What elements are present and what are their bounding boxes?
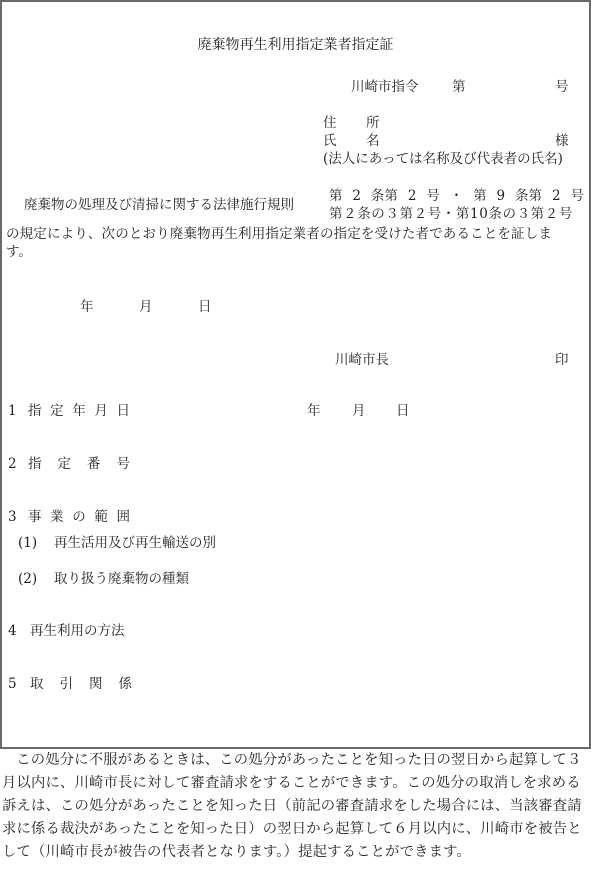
item-1-day: 日 <box>396 405 410 419</box>
label-char: 号 <box>117 458 131 472</box>
article-token: 条第 <box>515 190 542 204</box>
item-2-number: 2 <box>8 458 17 472</box>
directive-prefix: 川崎市指令 <box>351 81 419 95</box>
issue-month: 月 <box>139 301 153 315</box>
label-char: 月 <box>94 405 108 419</box>
item-2-label: 指 定 番 号 <box>28 458 130 472</box>
label-char: 係 <box>119 678 133 692</box>
item-1-month: 月 <box>352 405 366 419</box>
issue-day: 日 <box>198 301 212 315</box>
issue-year: 年 <box>80 301 94 315</box>
item-1-year: 年 <box>307 405 321 419</box>
subitem-2-number: (2) <box>18 573 37 587</box>
address-label-1: 住 <box>323 117 337 131</box>
label-char: の <box>72 511 86 525</box>
article-line-2: 第２条の３第２号・第10条の３第２号 <box>329 208 584 222</box>
label-char: 日 <box>117 405 131 419</box>
seal-mark: 印 <box>555 354 569 368</box>
label-char: 指 <box>28 458 42 472</box>
label-char: 業 <box>50 511 64 525</box>
directive-dai: 第 <box>452 81 466 95</box>
article-token: 9 <box>497 190 506 204</box>
document-title: 廃棄物再生利用指定業者指定証 <box>0 38 591 52</box>
law-name: 廃棄物の処理及び清掃に関する法律施行規則 <box>24 199 294 213</box>
preamble-body-line-1: の規定により、次のとおり廃棄物再生利用指定業者の指定を受けた者であることを証しま <box>6 228 552 242</box>
label-char: 範 <box>94 511 108 525</box>
item-5-number: 5 <box>8 678 17 692</box>
subitem-1-label: 再生活用及び再生輸送の別 <box>54 537 216 551</box>
article-token: ・ <box>450 190 464 204</box>
subitem-2-label: 取り扱う廃棄物の種類 <box>54 573 189 587</box>
label-char: 定 <box>58 458 72 472</box>
item-4-label: 再生利用の方法 <box>30 625 125 639</box>
article-token: 号 <box>426 190 440 204</box>
item-3-number: 3 <box>8 511 17 525</box>
label-char: 指 <box>28 405 42 419</box>
article-token: 号 <box>570 190 584 204</box>
honorific-sama: 様 <box>555 135 569 149</box>
item-1-label: 指 定 年 月 日 <box>28 405 130 419</box>
directive-go: 号 <box>555 81 569 95</box>
label-char: 事 <box>28 511 42 525</box>
preamble-body-line-2: す。 <box>6 246 32 260</box>
article-token: 2 <box>552 190 561 204</box>
subitem-1-number: (1) <box>18 537 37 551</box>
article-line-1: 第 2 条第 2 号 ・ 第 9 条第 2 号 <box>329 190 584 204</box>
article-token: 第 <box>473 190 487 204</box>
item-5-label: 取 引 関 係 <box>30 678 132 692</box>
item-1-number: 1 <box>8 405 17 419</box>
name-label-1: 氏 <box>323 135 337 149</box>
article-token: 2 <box>352 190 361 204</box>
corp-note: (法人にあっては名称及び代表者の氏名) <box>323 153 563 167</box>
label-char: 取 <box>30 678 44 692</box>
article-token: 第 <box>329 190 343 204</box>
appeal-notice: この処分に不服があるときは、この処分があったことを知った日の翌日から起算して３月… <box>2 749 589 864</box>
issuer-name: 川崎市長 <box>335 354 389 368</box>
label-char: 引 <box>60 678 74 692</box>
label-char: 年 <box>72 405 86 419</box>
article-token: 条第 <box>371 190 398 204</box>
label-char: 関 <box>89 678 103 692</box>
item-4-number: 4 <box>8 625 17 639</box>
label-char: 囲 <box>117 511 131 525</box>
address-label-2: 所 <box>366 117 380 131</box>
article-token: 2 <box>408 190 417 204</box>
item-3-label: 事 業 の 範 囲 <box>28 511 130 525</box>
label-char: 定 <box>50 405 64 419</box>
name-label-2: 名 <box>366 135 380 149</box>
label-char: 番 <box>87 458 101 472</box>
